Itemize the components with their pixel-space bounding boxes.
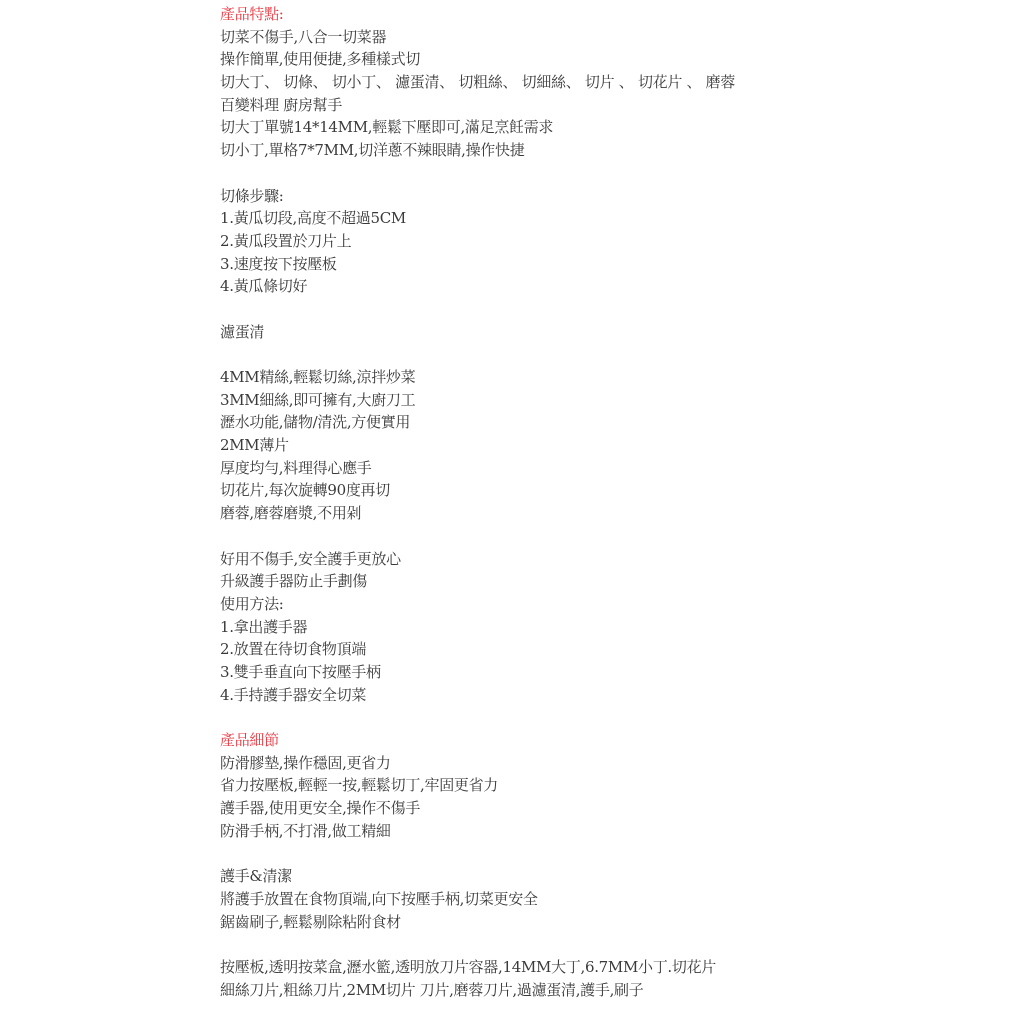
features-line: 百變料理 廚房幫手 <box>220 94 735 117</box>
step-line: 2.黃瓜段置於刀片上 <box>220 230 735 253</box>
product-description: 產品特點: 切菜不傷手,八合一切菜器 操作簡單,使用便捷,多種樣式切 切大丁、 … <box>220 3 735 1001</box>
features-heading: 產品特點: <box>220 3 735 26</box>
cleaning-heading: 護手&清潔 <box>220 865 735 888</box>
hand-guard-line: 使用方法: <box>220 593 735 616</box>
spacer <box>220 343 735 366</box>
details-line: 防滑膠墊,操作穩固,更省力 <box>220 752 735 775</box>
spacer <box>220 933 735 956</box>
blade-line: 2MM薄片 <box>220 434 735 457</box>
blade-line: 切花片,每次旋轉90度再切 <box>220 479 735 502</box>
hand-guard-line: 升級護手器防止手劃傷 <box>220 570 735 593</box>
spacer <box>220 298 735 321</box>
blade-line: 4MM精絲,輕鬆切絲,涼拌炒菜 <box>220 366 735 389</box>
blade-line: 3MM細絲,即可擁有,大廚刀工 <box>220 389 735 412</box>
features-section: 產品特點: 切菜不傷手,八合一切菜器 操作簡單,使用便捷,多種樣式切 切大丁、 … <box>220 3 735 162</box>
step-line: 3.速度按下按壓板 <box>220 253 735 276</box>
blade-line: 磨蓉,磨蓉磨漿,不用剁 <box>220 502 735 525</box>
step-line: 4.黃瓜條切好 <box>220 275 735 298</box>
details-line: 護手器,使用更安全,操作不傷手 <box>220 797 735 820</box>
blade-line: 厚度均勻,料理得心應手 <box>220 457 735 480</box>
features-line: 切菜不傷手,八合一切菜器 <box>220 26 735 49</box>
details-line: 防滑手柄,不打滑,做工精細 <box>220 820 735 843</box>
features-line: 切大丁單號14*14MM,輕鬆下壓即可,滿足烹飪需求 <box>220 116 735 139</box>
hand-guard-line: 3.雙手垂直向下按壓手柄 <box>220 661 735 684</box>
spacer <box>220 706 735 729</box>
details-line: 省力按壓板,輕輕一按,輕鬆切丁,牢固更省力 <box>220 774 735 797</box>
cleaning-line: 鋸齒刷子,輕鬆剔除粘附食材 <box>220 911 735 934</box>
strip-steps-heading: 切條步驟: <box>220 185 735 208</box>
hand-guard-section: 好用不傷手,安全護手更放心 升級護手器防止手劃傷 使用方法: 1.拿出護手器 2… <box>220 548 735 707</box>
contents-line: 按壓板,透明按菜盒,瀝水籃,透明放刀片容器,14MM大丁,6.7MM小丁.切花片 <box>220 956 735 979</box>
hand-guard-line: 好用不傷手,安全護手更放心 <box>220 548 735 571</box>
egg-separator-heading: 濾蛋清 <box>220 321 735 344</box>
contents-line: 細絲刀片,粗絲刀片,2MM切片 刀片,磨蓉刀片,過濾蛋清,護手,刷子 <box>220 979 735 1002</box>
contents-section: 按壓板,透明按菜盒,瀝水籃,透明放刀片容器,14MM大丁,6.7MM小丁.切花片… <box>220 956 735 1001</box>
blades-section: 4MM精絲,輕鬆切絲,涼拌炒菜 3MM細絲,即可擁有,大廚刀工 瀝水功能,儲物/… <box>220 366 735 525</box>
spacer <box>220 162 735 185</box>
details-heading: 產品細節 <box>220 729 735 752</box>
strip-steps-section: 切條步驟: 1.黃瓜切段,高度不超過5CM 2.黃瓜段置於刀片上 3.速度按下按… <box>220 185 735 298</box>
blade-line: 瀝水功能,儲物/清洗,方便實用 <box>220 411 735 434</box>
details-section: 產品細節 防滑膠墊,操作穩固,更省力 省力按壓板,輕輕一按,輕鬆切丁,牢固更省力… <box>220 729 735 842</box>
step-line: 1.黃瓜切段,高度不超過5CM <box>220 207 735 230</box>
spacer <box>220 842 735 865</box>
features-line: 切大丁、 切條、 切小丁、 濾蛋清、 切粗絲、 切細絲、 切片 、 切花片 、 … <box>220 71 735 94</box>
cleaning-section: 護手&清潔 將護手放置在食物頂端,向下按壓手柄,切菜更安全 鋸齒刷子,輕鬆剔除粘… <box>220 865 735 933</box>
cleaning-line: 將護手放置在食物頂端,向下按壓手柄,切菜更安全 <box>220 888 735 911</box>
hand-guard-line: 2.放置在待切食物頂端 <box>220 638 735 661</box>
hand-guard-line: 4.手持護手器安全切菜 <box>220 684 735 707</box>
features-line: 切小丁,單格7*7MM,切洋蔥不辣眼睛,操作快捷 <box>220 139 735 162</box>
hand-guard-line: 1.拿出護手器 <box>220 616 735 639</box>
features-line: 操作簡單,使用便捷,多種樣式切 <box>220 48 735 71</box>
spacer <box>220 525 735 548</box>
